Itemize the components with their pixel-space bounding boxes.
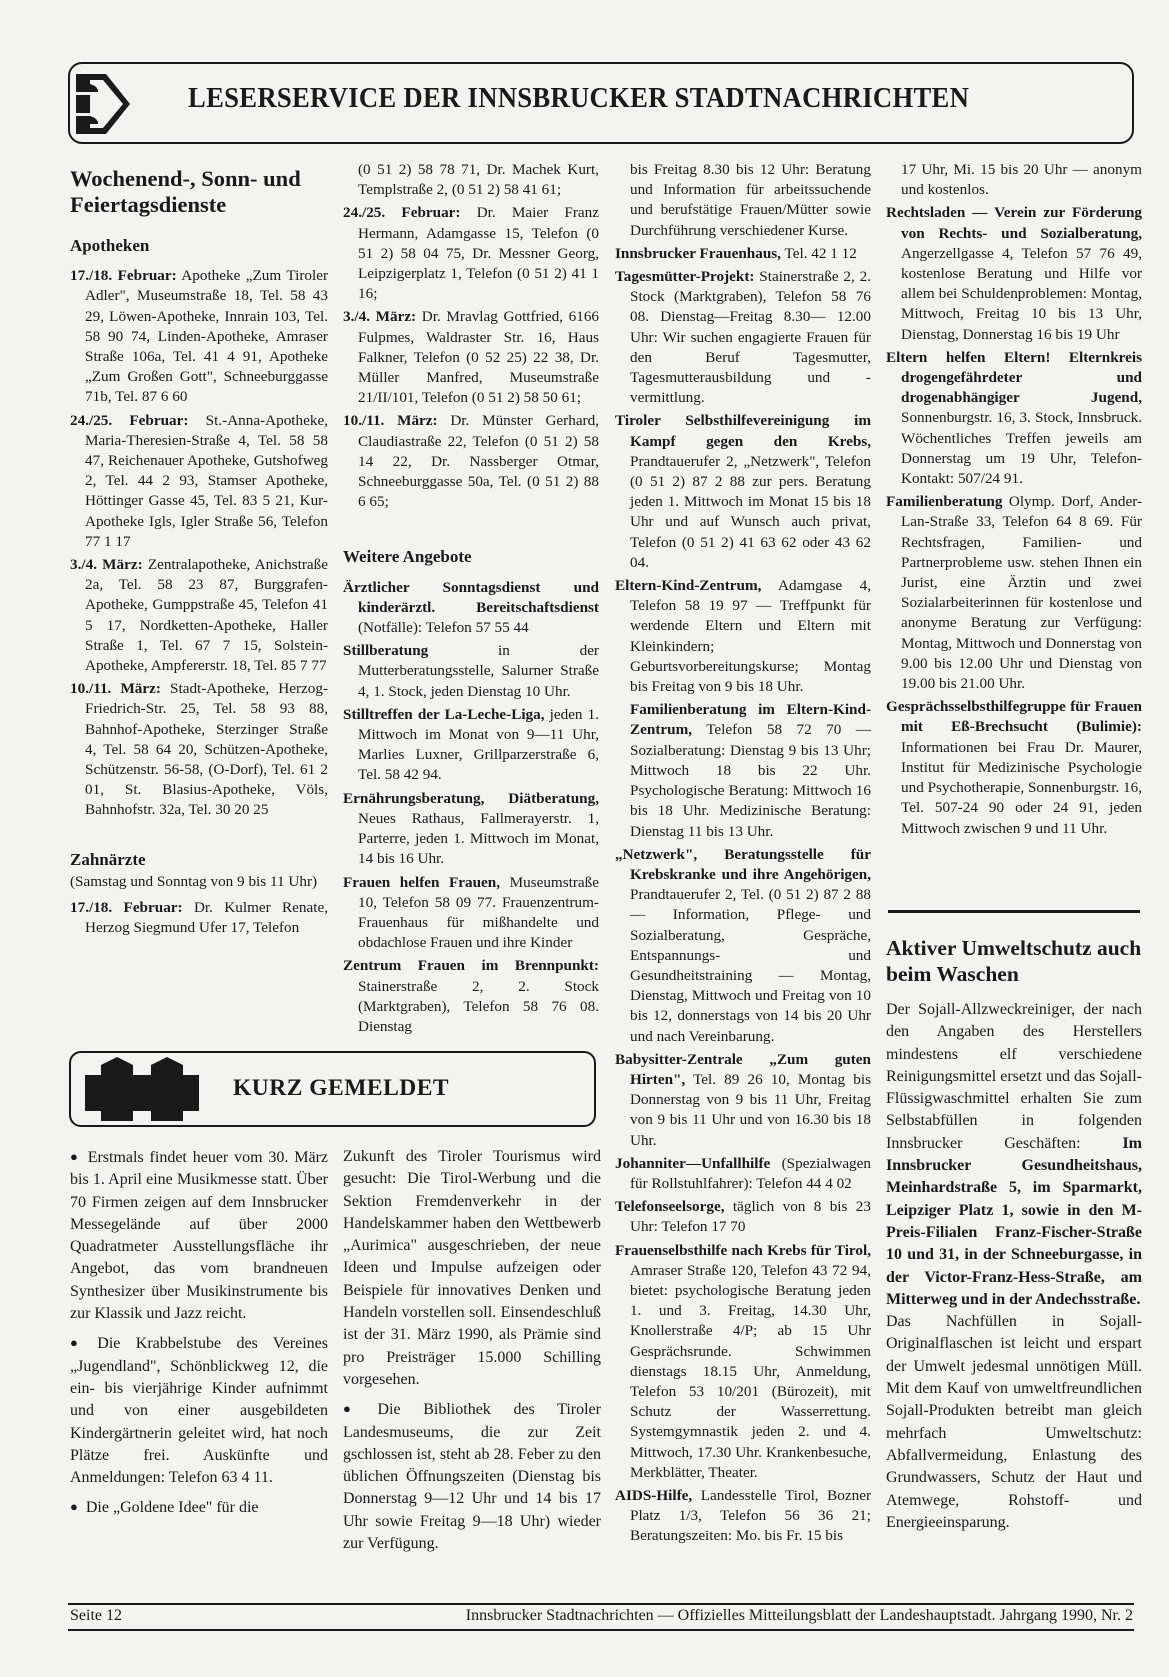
publication-info: Innsbrucker Stadtnachrichten — Offiziell… bbox=[466, 1607, 1133, 1625]
service-entry: Eltern helfen Eltern! Elternkreis drogen… bbox=[886, 348, 1142, 489]
service-entry: Innsbrucker Frauenhaus, Tel. 42 1 12 bbox=[615, 244, 871, 264]
news-item-continued: Zukunft des Tiroler Tourismus wird gesuc… bbox=[343, 1146, 601, 1391]
news-item: Die Krabbelstube des Vereines „Jugendlan… bbox=[70, 1332, 328, 1489]
column-1: Wochenend-, Sonn- und Feiertagsdienste A… bbox=[70, 160, 328, 942]
umwelt-article: Aktiver Umweltschutz auch beim Waschen D… bbox=[886, 935, 1142, 1534]
apotheken-heading: Apotheken bbox=[70, 236, 328, 256]
footer-rule bbox=[68, 1629, 1134, 1631]
news-item: Erstmals findet heuer vom 30. März bis 1… bbox=[70, 1146, 328, 1325]
zahnaerzte-entry: 10./11. März: Dr. Münster Gerhard, Claud… bbox=[343, 411, 599, 512]
service-entry: Stillberatung in der Mutterberatungsstel… bbox=[343, 641, 599, 702]
kurz-gemeldet-title: KURZ GEMELDET bbox=[233, 1075, 449, 1102]
service-entry: Tiroler Selbsthilfevereinigung im Kampf … bbox=[615, 411, 871, 573]
footer-rule bbox=[68, 1603, 1134, 1605]
apotheken-entry: 24./25. Februar: St.-Anna-Apotheke, Mari… bbox=[70, 411, 328, 552]
zahnaerzte-entry-continued: (0 51 2) 58 78 71, Dr. Machek Kurt, Temp… bbox=[343, 160, 599, 200]
dienste-title: Wochenend-, Sonn- und Feiertagsdienste bbox=[70, 166, 328, 218]
zahnaerzte-heading: Zahnärzte bbox=[70, 850, 328, 870]
houses-logo-icon bbox=[85, 1057, 200, 1121]
umwelt-shops: Im Innsbrucker Gesundheitshaus, Meinhard… bbox=[886, 1135, 1142, 1308]
section-banner: LESERSERVICE DER INNSBRUCKER STADTNACHRI… bbox=[68, 62, 1134, 144]
umwelt-title: Aktiver Umweltschutz auch beim Waschen bbox=[886, 935, 1142, 987]
service-entry: Telefonseelsorge, täglich von 8 bis 23 U… bbox=[615, 1197, 871, 1237]
service-entry: Johanniter—Unfallhilfe (Spezialwagen für… bbox=[615, 1154, 871, 1194]
zahnaerzte-entry: 24./25. Februar: Dr. Maier Franz Hermann… bbox=[343, 203, 599, 304]
service-entry: Ernährungsberatung, Diätberatung, Neues … bbox=[343, 789, 599, 870]
service-entry-continued: 17 Uhr, Mi. 15 bis 20 Uhr — anonym und k… bbox=[886, 160, 1142, 200]
service-entry: Frauenselbsthilfe nach Krebs für Tirol, … bbox=[615, 1241, 871, 1483]
service-entry: Familienberatung Olymp. Dorf, Ander-Lan-… bbox=[886, 492, 1142, 694]
page-title: LESERSERVICE DER INNSBRUCKER STADTNACHRI… bbox=[188, 82, 969, 115]
service-entry: Familienberatung im Eltern-Kind-Zentrum,… bbox=[615, 700, 871, 841]
kurz-column-2: Zukunft des Tiroler Tourismus wird gesuc… bbox=[343, 1146, 601, 1562]
zahnaerzte-entry: 3./4. März: Dr. Mravlag Gottfried, 6166 … bbox=[343, 307, 599, 408]
kurz-gemeldet-banner: KURZ GEMELDET bbox=[69, 1051, 596, 1127]
service-entry: Gesprächsselbsthilfegruppe für Frauen mi… bbox=[886, 697, 1142, 838]
zahnaerzte-entry: 17./18. Februar: Dr. Kulmer Renate, Herz… bbox=[70, 898, 328, 938]
apotheken-entry: 17./18. Februar: Apotheke „Zum Tiroler A… bbox=[70, 266, 328, 407]
news-item: Die Bibliothek des Tiroler Landesmuseums… bbox=[343, 1398, 601, 1555]
service-entry: Eltern-Kind-Zentrum, Adamgase 4, Telefon… bbox=[615, 576, 871, 697]
service-entry: Zentrum Frauen im Brennpunkt: Stainerstr… bbox=[343, 956, 599, 1037]
column-3: bis Freitag 8.30 bis 12 Uhr: Beratung un… bbox=[615, 160, 871, 1550]
service-entry: AIDS-Hilfe, Landesstelle Tirol, Bozner P… bbox=[615, 1486, 871, 1547]
column-2: (0 51 2) 58 78 71, Dr. Machek Kurt, Temp… bbox=[343, 160, 599, 1040]
news-item: Die „Goldene Idee" für die bbox=[70, 1496, 328, 1519]
service-entry: Babysitter-Zentrale „Zum guten Hirten", … bbox=[615, 1050, 871, 1151]
service-entry: Stilltreffen der La-Leche-Liga, jeden 1.… bbox=[343, 705, 599, 786]
service-entry-continued: bis Freitag 8.30 bis 12 Uhr: Beratung un… bbox=[615, 160, 871, 241]
arrow-logo-icon bbox=[74, 70, 132, 138]
service-entry: „Netzwerk", Beratungsstelle für Krebskra… bbox=[615, 845, 871, 1047]
service-entry: Ärztlicher Sonntagsdienst und kinderärzt… bbox=[343, 578, 599, 639]
service-entry: Tagesmütter-Projekt: Stainerstraße 2, 2.… bbox=[615, 267, 871, 408]
umwelt-outro: Das Nachfüllen in Sojall-Originalflasche… bbox=[886, 1311, 1142, 1534]
umwelt-intro: Der Sojall-Allzweckreiniger, der nach de… bbox=[886, 1001, 1142, 1152]
kurz-column-1: Erstmals findet heuer vom 30. März bis 1… bbox=[70, 1146, 328, 1527]
column-4: 17 Uhr, Mi. 15 bis 20 Uhr — anonym und k… bbox=[886, 160, 1142, 842]
apotheken-entry: 10./11. März: Stadt-Apotheke, Herzog-Fri… bbox=[70, 679, 328, 820]
apotheken-entry: 3./4. März: Zentralapotheke, Anichstraße… bbox=[70, 555, 328, 676]
page-number: Seite 12 bbox=[70, 1607, 122, 1625]
service-entry: Rechtsladen — Verein zur Förderung von R… bbox=[886, 203, 1142, 344]
section-divider bbox=[888, 910, 1140, 913]
weitere-heading: Weitere Angebote bbox=[343, 547, 599, 567]
service-entry: Frauen helfen Frauen, Museumstraße 10, T… bbox=[343, 873, 599, 954]
zahnaerzte-subtitle: (Samstag und Sonntag von 9 bis 11 Uhr) bbox=[70, 872, 328, 892]
